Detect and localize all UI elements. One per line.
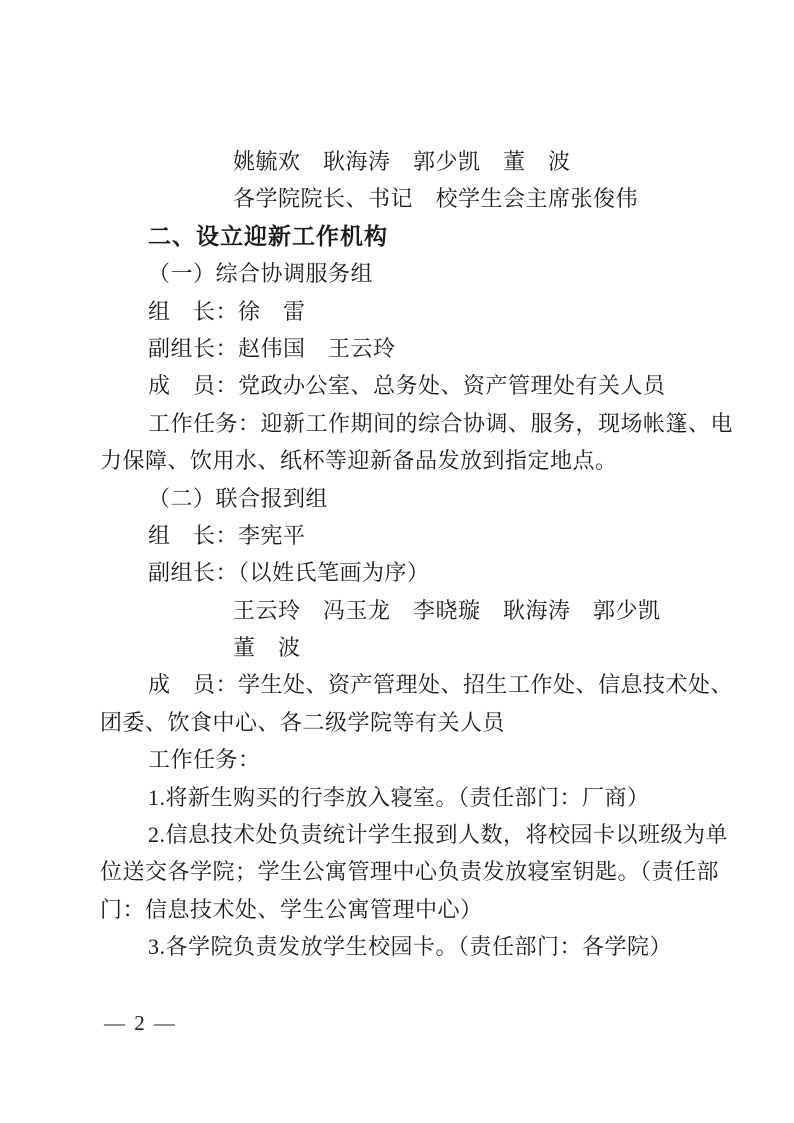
document-line-names: 姚毓欢 耿海涛 郭少凯 董 波	[100, 143, 700, 180]
page-number: — 2 —	[104, 1011, 177, 1035]
document-line: 力保障、饮用水、纸杯等迎新备品发放到指定地点。	[100, 442, 700, 479]
document-line: 工作任务：	[100, 741, 700, 778]
document-line-names: 各学院院长、书记 校学生会主席张俊伟	[100, 180, 700, 217]
document-line: 副组长：赵伟国 王云玲	[100, 330, 700, 367]
document-line: 成 员：学生处、资产管理处、招生工作处、信息技术处、	[100, 666, 700, 703]
subsection-title: （二）联合报到组	[100, 480, 700, 517]
document-page: 姚毓欢 耿海涛 郭少凯 董 波 各学院院长、书记 校学生会主席张俊伟 二、设立迎…	[0, 0, 794, 1123]
document-line-names: 董 波	[100, 629, 700, 666]
section-heading: 二、设立迎新工作机构	[100, 218, 700, 255]
document-line: 2.信息技术处负责统计学生报到人数，将校园卡以班级为单	[100, 816, 700, 853]
document-line-names: 王云玲 冯玉龙 李晓璇 耿海涛 郭少凯	[100, 592, 700, 629]
document-line: 位送交各学院；学生公寓管理中心负责发放寝室钥匙。（责任部	[100, 853, 700, 890]
document-line: 门：信息技术处、学生公寓管理中心）	[100, 891, 700, 928]
document-line: 组 长：李宪平	[100, 517, 700, 554]
document-line: 团委、饮食中心、各二级学院等有关人员	[100, 704, 700, 741]
subsection-title: （一）综合协调服务组	[100, 255, 700, 292]
document-line: 1.将新生购买的行李放入寝室。（责任部门：厂商）	[100, 779, 700, 816]
document-body: 姚毓欢 耿海涛 郭少凯 董 波 各学院院长、书记 校学生会主席张俊伟 二、设立迎…	[100, 143, 700, 966]
document-line: 3.各学院负责发放学生校园卡。（责任部门：各学院）	[100, 928, 700, 965]
document-line: 成 员：党政办公室、总务处、资产管理处有关人员	[100, 367, 700, 404]
document-line: 副组长：（以姓氏笔画为序）	[100, 554, 700, 591]
document-line: 工作任务：迎新工作期间的综合协调、服务，现场帐篷、电	[100, 405, 700, 442]
page-footer: — 2 —	[104, 1007, 177, 1039]
document-line: 组 长：徐 雷	[100, 293, 700, 330]
